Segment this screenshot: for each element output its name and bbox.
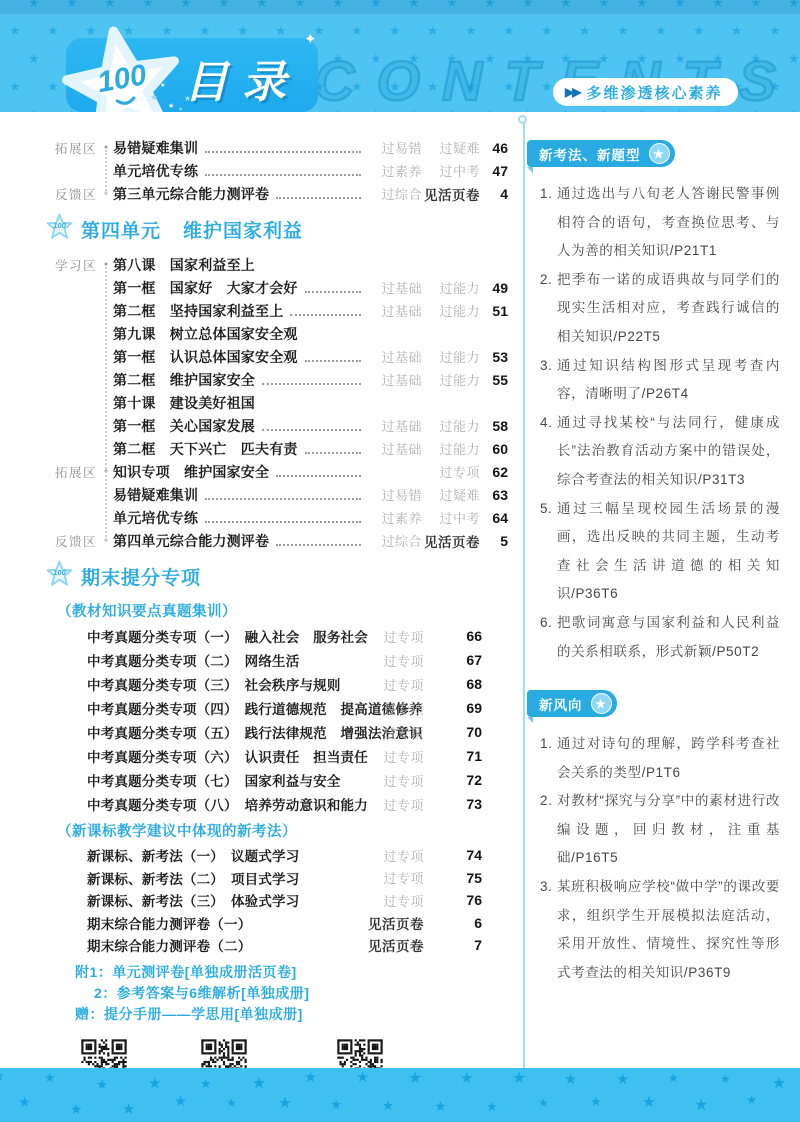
sidebar-item-text: 通过选出与八旬老人答谢民警事例相符合的语句，考查换位思考、与人为善的相关知识/P… bbox=[557, 186, 780, 258]
pass-tag: 过专项 bbox=[101, 651, 424, 670]
dot-leader bbox=[276, 197, 361, 199]
toc-entry: 中考真题分类专项（四） 践行道德规范 提高道德修养过专项69 bbox=[55, 696, 508, 720]
entry-title: 知识专项 维护国家安全 bbox=[113, 462, 269, 482]
pass-tag: 过能力 bbox=[422, 370, 480, 389]
star-icon: ★ bbox=[720, 1073, 731, 1085]
dot-leader bbox=[305, 291, 361, 293]
toc-entry: 中考真题分类专项（七） 国家利益与安全过专项72 bbox=[55, 768, 508, 792]
entry-title: 易错疑难集训 bbox=[113, 485, 198, 505]
page-number: 67 bbox=[424, 652, 482, 668]
appendix-line: 2：参考答案与6维解析[单独成册] bbox=[75, 983, 523, 1004]
toc-entry: 易错疑难集训过易错过疑难63 bbox=[55, 483, 508, 506]
star-icon: ★ bbox=[655, 24, 667, 37]
dot-leader bbox=[305, 452, 361, 454]
entry-title: 第三单元综合能力测评卷 bbox=[113, 184, 269, 204]
star-icon: ★ bbox=[590, 1096, 601, 1109]
page-ref-label: 见活页卷 bbox=[101, 913, 424, 933]
dot-leader bbox=[205, 498, 361, 500]
pass-tag: 过专项 bbox=[101, 846, 424, 865]
toc-entry: 中考真题分类专项（八） 培养劳动意识和能力过专项73 bbox=[55, 792, 508, 816]
toc-entry: 中考真题分类专项（二） 网络生活过专项67 bbox=[55, 648, 508, 672]
sidebar-item: 4.通过寻找某校“与法同行，健康成长”法治教育活动方案中的错误处，综合考查法的相… bbox=[540, 409, 780, 495]
sidebar-item-number: 2. bbox=[540, 787, 552, 816]
dot-leader bbox=[262, 383, 361, 385]
sidebar-list: 1.通过选出与八旬老人答谢民警事例相符合的语句，考查换位思考、与人为善的相关知识… bbox=[540, 180, 780, 666]
mascot-star-icon: 100 bbox=[60, 22, 186, 112]
entry-title: 第一框 认识总体国家安全观 bbox=[113, 347, 298, 367]
page-number: 64 bbox=[480, 510, 508, 526]
top-strip bbox=[0, 0, 800, 14]
star-icon: ★ bbox=[694, 1098, 708, 1114]
appendix-line: 赠：提分手册——学思用[单独成册] bbox=[75, 1004, 523, 1025]
pass-tag: 过综合 bbox=[368, 531, 422, 550]
pass-tag: 过基础 bbox=[368, 301, 422, 320]
pass-tag: 过素养 bbox=[368, 161, 422, 180]
pass-tag: 过能力 bbox=[422, 347, 480, 366]
star-icon: ★ bbox=[772, 1076, 786, 1092]
toc-page: ★★★★★★★★★★★★★★★★★★★★★★★★★★★★★★★★★★★★★★★★… bbox=[0, 0, 800, 1122]
pass-tag: 过能力 bbox=[422, 416, 480, 435]
entry-title: 第八课 国家利益至上 bbox=[113, 255, 255, 275]
entry-title: 易错疑难集训 bbox=[113, 138, 198, 158]
star-icon: ★ bbox=[356, 1071, 369, 1085]
section-title: 第四单元 bbox=[81, 216, 161, 243]
sidebar-item-text: 把季布一诺的成语典故与同学们的现实生活相对应，考查践行诚信的相关知识/P22T5 bbox=[557, 272, 780, 344]
appendix-line: 附1：单元测评卷[单独成册活页卷] bbox=[75, 962, 523, 983]
page-number: 49 bbox=[480, 280, 508, 296]
page-number: 68 bbox=[424, 676, 482, 692]
sidebar-item: 5.通过三幅呈现校园生活场景的漫画，选出反映的共同主题，生动考查社会生活讲道德的… bbox=[540, 495, 780, 609]
page-number: 60 bbox=[480, 441, 508, 457]
toc-entry: 新课标、新考法（一） 议题式学习过专项74 bbox=[55, 844, 508, 867]
sidebar-item-number: 1. bbox=[540, 730, 552, 759]
dot-leader bbox=[290, 314, 361, 316]
section-header: 100第四单元维护国家利益 bbox=[46, 214, 523, 244]
pass-tag: 过专项 bbox=[101, 747, 424, 766]
star-icon: ★ bbox=[47, 24, 59, 37]
sidebar-list: 1.通过对诗句的理解，跨学科考查社会关系的类型/P1T62.对教材“探究与分享”… bbox=[540, 730, 780, 987]
star-icon: ★ bbox=[465, 24, 477, 37]
page-header: ★★★★★★★★★★★★★★★★★★★★★★★★★★★★★★★★★★★★★★★★… bbox=[0, 0, 800, 112]
star-icon: ★ bbox=[693, 24, 705, 37]
pass-tag: 过基础 bbox=[368, 439, 422, 458]
pass-tag: 过能力 bbox=[422, 301, 480, 320]
toc-entry: 第二框 坚持国家利益至上过基础过能力51 bbox=[55, 299, 508, 322]
star-icon: ★ bbox=[237, 24, 249, 37]
dot-leader bbox=[205, 151, 361, 153]
zone-label: 学习区 bbox=[55, 256, 99, 274]
toc-entry: 第一框 关心国家发展过基础过能力58 bbox=[55, 414, 508, 437]
entry-title: 第四单元综合能力测评卷 bbox=[113, 531, 269, 551]
toc-entry: 反馈区●第三单元综合能力测评卷过综合见活页卷4 bbox=[55, 182, 508, 205]
toc-entry: 反馈区●第四单元综合能力测评卷过综合见活页卷5 bbox=[55, 529, 508, 552]
toc-title: 目录 bbox=[184, 46, 300, 110]
star-icon: ★ bbox=[746, 1094, 757, 1107]
pass-tag: 过中考 bbox=[422, 508, 480, 527]
toc-entry: 新课标、新考法（二） 项目式学习过专项75 bbox=[55, 867, 508, 890]
entry-title: 第十课 建设美好祖国 bbox=[113, 393, 255, 413]
star-icon: ★ bbox=[47, 80, 59, 93]
page-number: 51 bbox=[480, 303, 508, 319]
dot-leader bbox=[205, 521, 361, 523]
core-literacy-label: 多维渗透核心素养 bbox=[586, 82, 722, 103]
toc-entry: 拓展区●易错疑难集训过易错过疑难46 bbox=[55, 136, 508, 159]
sidebar-badge: 新考法、新题型★ bbox=[527, 140, 675, 167]
star-icon: ★ bbox=[486, 1100, 498, 1113]
sidebar-item: 2.把季布一诺的成语典故与同学们的现实生活相对应，考查践行诚信的相关知识/P22… bbox=[540, 266, 780, 352]
star-icon: ★ bbox=[199, 24, 211, 37]
pass-tag: 过专项 bbox=[101, 699, 424, 718]
dot-leader bbox=[276, 544, 361, 546]
star-icon: ★ bbox=[122, 1102, 136, 1117]
svg-text:100: 100 bbox=[53, 221, 66, 230]
sidebar-item-number: 4. bbox=[540, 409, 552, 438]
page-number: 74 bbox=[424, 847, 482, 863]
entry-title: 第一框 关心国家发展 bbox=[113, 416, 255, 436]
page-number: 4 bbox=[480, 186, 508, 202]
pass-tag: 过疑难 bbox=[422, 485, 480, 504]
star-icon: ★ bbox=[226, 1097, 237, 1109]
toc-entry: 第九课 树立总体国家安全观 bbox=[55, 322, 508, 345]
star-icon: ★ bbox=[200, 1078, 211, 1091]
star-circle-icon: ★ bbox=[591, 693, 612, 714]
pass-tag: 过能力 bbox=[422, 439, 480, 458]
sidebar-badge-label: 新风向 bbox=[539, 694, 583, 714]
zone-connector bbox=[105, 150, 107, 194]
pass-tag: 过专项 bbox=[422, 462, 480, 481]
star-icon: ★ bbox=[351, 24, 363, 37]
double-arrow-icon: ▶▶ bbox=[565, 85, 579, 99]
sidebar-item-number: 1. bbox=[540, 180, 552, 209]
pass-tag: 过中考 bbox=[422, 161, 480, 180]
star-icon: ★ bbox=[642, 1095, 656, 1111]
sidebar: 新考法、新题型★1.通过选出与八旬老人答谢民警事例相符合的语句，考查换位思考、与… bbox=[534, 112, 788, 1011]
sidebar-item: 1.通过选出与八旬老人答谢民警事例相符合的语句，考查换位思考、与人为善的相关知识… bbox=[540, 180, 780, 266]
pass-tag: 过能力 bbox=[422, 278, 480, 297]
pass-tag: 过专项 bbox=[101, 723, 424, 742]
toc-group: 学习区●第八课 国家利益至上第一框 国家好 大家才会好过基础过能力49第二框 坚… bbox=[55, 253, 508, 552]
star-icon: ★ bbox=[427, 24, 439, 37]
page-number: 5 bbox=[480, 533, 508, 549]
toc-entry: 第二框 天下兴亡 匹夫有责过基础过能力60 bbox=[55, 437, 508, 460]
entry-title: 单元培优专练 bbox=[113, 508, 198, 528]
star-icon: ★ bbox=[9, 80, 21, 93]
page-number: 71 bbox=[424, 748, 482, 764]
sidebar-item-text: 通过三幅呈现校园生活场景的漫画，选出反映的共同主题，生动考查社会生活讲道德的相关… bbox=[557, 501, 780, 602]
star-icon: ★ bbox=[434, 1100, 446, 1114]
dot-leader bbox=[305, 360, 361, 362]
star-icon: ★ bbox=[96, 1078, 108, 1091]
divider-top-dot bbox=[518, 115, 527, 124]
star-icon: ★ bbox=[382, 1099, 394, 1112]
toc-entry: 中考真题分类专项（五） 践行法律规范 增强法治意识过专项70 bbox=[55, 720, 508, 744]
entry-title: 第二框 坚持国家利益至上 bbox=[113, 301, 283, 321]
star-icon: ★ bbox=[769, 24, 781, 37]
star-circle-icon: ★ bbox=[649, 143, 670, 164]
star-icon: ★ bbox=[503, 24, 515, 37]
star-icon: ★ bbox=[28, 52, 40, 65]
toc-subheader: （教材知识要点真题集训） bbox=[57, 600, 523, 621]
star-icon: ★ bbox=[616, 1073, 629, 1088]
toc-group: 拓展区●易错疑难集训过易错过疑难46单元培优专练过素养过中考47反馈区●第三单元… bbox=[55, 136, 508, 205]
sidebar-item-number: 6. bbox=[540, 609, 552, 638]
star-icon: ★ bbox=[617, 24, 629, 37]
sidebar-item-text: 某班积极响应学校“做中学”的课改要求，组织学生开展模拟法庭活动，采用开放性、情境… bbox=[557, 879, 780, 980]
pass-tag: 过专项 bbox=[101, 868, 424, 887]
sidebar-item: 3.某班积极响应学校“做中学”的课改要求，组织学生开展模拟法庭活动，采用开放性、… bbox=[540, 873, 780, 987]
zone-label: 反馈区 bbox=[55, 185, 99, 203]
column-divider bbox=[523, 122, 525, 1084]
pass-tag: 过专项 bbox=[101, 771, 424, 790]
star-icon: ★ bbox=[9, 24, 21, 37]
page-number: 76 bbox=[424, 892, 482, 908]
toc-entry: 中考真题分类专项（六） 认识责任 担当责任过专项71 bbox=[55, 744, 508, 768]
section-star-icon: 100 bbox=[46, 560, 73, 592]
page-footer: ★★★★★★★★★★★★★★★★★★★★★★★★★★★★★★★★ bbox=[0, 1068, 800, 1122]
zone-connector bbox=[105, 267, 107, 541]
star-icon: ★ bbox=[275, 24, 287, 37]
sidebar-item-text: 通过寻找某校“与法同行，健康成长”法治教育活动方案中的错误处，综合考查法的相关知… bbox=[557, 415, 780, 487]
toc-entry: 期末综合能力测评卷（一）见活页卷6 bbox=[55, 912, 508, 935]
sidebar-item: 1.通过对诗句的理解，跨学科考查社会关系的类型/P1T6 bbox=[540, 730, 780, 787]
pass-tag: 过专项 bbox=[101, 627, 424, 646]
pass-tag: 过素养 bbox=[368, 508, 422, 527]
section-header: 100期末提分专项 bbox=[46, 561, 523, 591]
entry-title: 第二框 天下兴亡 匹夫有责 bbox=[113, 439, 298, 459]
page-ref-label: 见活页卷 bbox=[422, 531, 480, 551]
page-number: 73 bbox=[424, 796, 482, 812]
toc-entry: 第十课 建设美好祖国 bbox=[55, 391, 508, 414]
pass-tag: 过疑难 bbox=[422, 138, 480, 157]
sidebar-item-text: 通过知识结构图形式呈现考查内容，清晰明了/P26T4 bbox=[557, 358, 780, 402]
star-icon: ★ bbox=[512, 1071, 526, 1087]
sidebar-item-number: 3. bbox=[540, 352, 552, 381]
page-number: 66 bbox=[424, 628, 482, 644]
page-number: 55 bbox=[480, 372, 508, 388]
sidebar-item: 3.通过知识结构图形式呈现考查内容，清晰明了/P26T4 bbox=[540, 352, 780, 409]
page-number: 46 bbox=[480, 140, 508, 156]
page-number: 70 bbox=[424, 724, 482, 740]
star-icon: ★ bbox=[579, 24, 591, 37]
sidebar-item-number: 3. bbox=[540, 873, 552, 902]
star-icon: ★ bbox=[0, 1070, 5, 1084]
sidebar-item-text: 对教材“探究与分享”中的素材进行改编设题，回归教材，注重基础/P16T5 bbox=[557, 793, 780, 865]
sidebar-item-text: 把歌词寓意与国家利益和人民利益的关系相联系，形式新颖/P50T2 bbox=[557, 615, 780, 659]
dot-leader bbox=[262, 429, 361, 431]
dot-leader bbox=[205, 174, 361, 176]
page-number: 58 bbox=[480, 418, 508, 434]
entry-title: 第九课 树立总体国家安全观 bbox=[113, 324, 298, 344]
star-icon: ★ bbox=[304, 1071, 317, 1086]
section-subtitle: 维护国家利益 bbox=[183, 216, 303, 243]
page-number: 53 bbox=[480, 349, 508, 365]
toc-entry: 第一框 认识总体国家安全观过基础过能力53 bbox=[55, 345, 508, 368]
core-literacy-badge: ▶▶ 多维渗透核心素养 bbox=[553, 78, 738, 106]
star-icon: ★ bbox=[564, 1073, 577, 1087]
sidebar-badge: 新风向★ bbox=[527, 690, 617, 717]
star-pattern: ★★★★★★★★★★★★★★★★★★★★★★★★★★★★★★★★ bbox=[0, 1068, 800, 1122]
sidebar-item-text: 通过对诗句的理解，跨学科考查社会关系的类型/P1T6 bbox=[557, 736, 780, 780]
page-number: 6 bbox=[424, 915, 482, 931]
dot-leader bbox=[276, 475, 361, 477]
pass-tag: 过专项 bbox=[101, 891, 424, 910]
sidebar-item: 6.把歌词寓意与国家利益和人民利益的关系相联系，形式新颖/P50T2 bbox=[540, 609, 780, 666]
zone-label: 拓展区 bbox=[55, 139, 99, 157]
star-icon: ★ bbox=[460, 1071, 474, 1086]
sidebar-badge-label: 新考法、新题型 bbox=[539, 144, 641, 164]
sidebar-item-number: 2. bbox=[540, 266, 552, 295]
toc-entry: 单元培优专练过素养过中考64 bbox=[55, 506, 508, 529]
star-icon: ★ bbox=[538, 1097, 549, 1109]
star-icon: ★ bbox=[18, 1096, 31, 1110]
page-ref-label: 见活页卷 bbox=[101, 935, 424, 955]
toc-entry: 单元培优专练过素养过中考47 bbox=[55, 159, 508, 182]
zone-label: 反馈区 bbox=[55, 532, 99, 550]
pass-tag: 过专项 bbox=[101, 795, 424, 814]
toc-group: 期末综合能力测评卷（一）见活页卷6期末综合能力测评卷（二）见活页卷7 bbox=[55, 912, 508, 957]
toc-entry: 新课标、新考法（三） 体验式学习过专项76 bbox=[55, 889, 508, 912]
page-number: 47 bbox=[480, 163, 508, 179]
star-icon: ★ bbox=[330, 1098, 342, 1112]
svg-text:100: 100 bbox=[53, 568, 66, 577]
pass-tag: 过专项 bbox=[101, 675, 424, 694]
toc-entry: 期末综合能力测评卷（二）见活页卷7 bbox=[55, 934, 508, 957]
toc-entry: 中考真题分类专项（三） 社会秩序与规则过专项68 bbox=[55, 672, 508, 696]
sidebar-item-number: 5. bbox=[540, 495, 552, 524]
star-icon: ★ bbox=[148, 1076, 162, 1091]
sparkle-star-icon: ✦ bbox=[304, 30, 317, 48]
star-icon: ★ bbox=[44, 1072, 56, 1085]
section-star-icon: 100 bbox=[46, 213, 73, 245]
page-number: 62 bbox=[480, 464, 508, 480]
page-number: 69 bbox=[424, 700, 482, 716]
toc-entry: 第一框 国家好 大家才会好过基础过能力49 bbox=[55, 276, 508, 299]
page-number: 7 bbox=[424, 937, 482, 953]
toc-entry: 中考真题分类专项（一） 融入社会 服务社会过专项66 bbox=[55, 624, 508, 648]
pass-tag: 过基础 bbox=[368, 370, 422, 389]
pass-tag: 过基础 bbox=[368, 416, 422, 435]
page-number: 63 bbox=[480, 487, 508, 503]
pass-tag: 过基础 bbox=[368, 278, 422, 297]
pass-tag: 过易错 bbox=[368, 138, 422, 157]
star-icon: ★ bbox=[668, 1072, 679, 1084]
toc-entry: 第二框 维护国家安全过基础过能力55 bbox=[55, 368, 508, 391]
toc-subheader: （新课标教学建议中体现的新考法） bbox=[57, 820, 523, 841]
toc-group: 新课标、新考法（一） 议题式学习过专项74新课标、新考法（二） 项目式学习过专项… bbox=[55, 844, 508, 912]
zone-label: 拓展区 bbox=[55, 463, 99, 481]
entry-title: 第二框 维护国家安全 bbox=[113, 370, 255, 390]
toc-main: 拓展区●易错疑难集训过易错过疑难46单元培优专练过素养过中考47反馈区●第三单元… bbox=[0, 112, 523, 1119]
star-icon: ★ bbox=[541, 24, 553, 37]
pass-tag: 过易错 bbox=[368, 485, 422, 504]
pass-tag: 过综合 bbox=[368, 184, 422, 203]
star-icon: ★ bbox=[731, 24, 743, 37]
toc-entry: 学习区●第八课 国家利益至上 bbox=[55, 253, 508, 276]
star-icon: ★ bbox=[70, 1102, 83, 1116]
page-ref-label: 见活页卷 bbox=[422, 184, 480, 204]
star-icon: ★ bbox=[252, 1076, 266, 1092]
pass-tag: 过基础 bbox=[368, 347, 422, 366]
toc-group: 中考真题分类专项（一） 融入社会 服务社会过专项66中考真题分类专项（二） 网络… bbox=[55, 624, 508, 816]
sidebar-item: 2.对教材“探究与分享”中的素材进行改编设题，回归教材，注重基础/P16T5 bbox=[540, 787, 780, 873]
page-number: 72 bbox=[424, 772, 482, 788]
page-number: 75 bbox=[424, 870, 482, 886]
star-icon: ★ bbox=[408, 1071, 422, 1087]
entry-title: 单元培优专练 bbox=[113, 161, 198, 181]
entry-title: 第一框 国家好 大家才会好 bbox=[113, 278, 298, 298]
appendix-block: 附1：单元测评卷[单独成册活页卷]2：参考答案与6维解析[单独成册]赠：提分手册… bbox=[75, 962, 523, 1025]
star-icon: ★ bbox=[174, 1095, 187, 1110]
star-icon: ★ bbox=[278, 1096, 292, 1112]
star-icon: ★ bbox=[0, 52, 2, 65]
section-title: 期末提分专项 bbox=[81, 563, 201, 590]
star-icon: ★ bbox=[389, 24, 401, 37]
toc-entry: 拓展区●知识专项 维护国家安全过专项62 bbox=[55, 460, 508, 483]
